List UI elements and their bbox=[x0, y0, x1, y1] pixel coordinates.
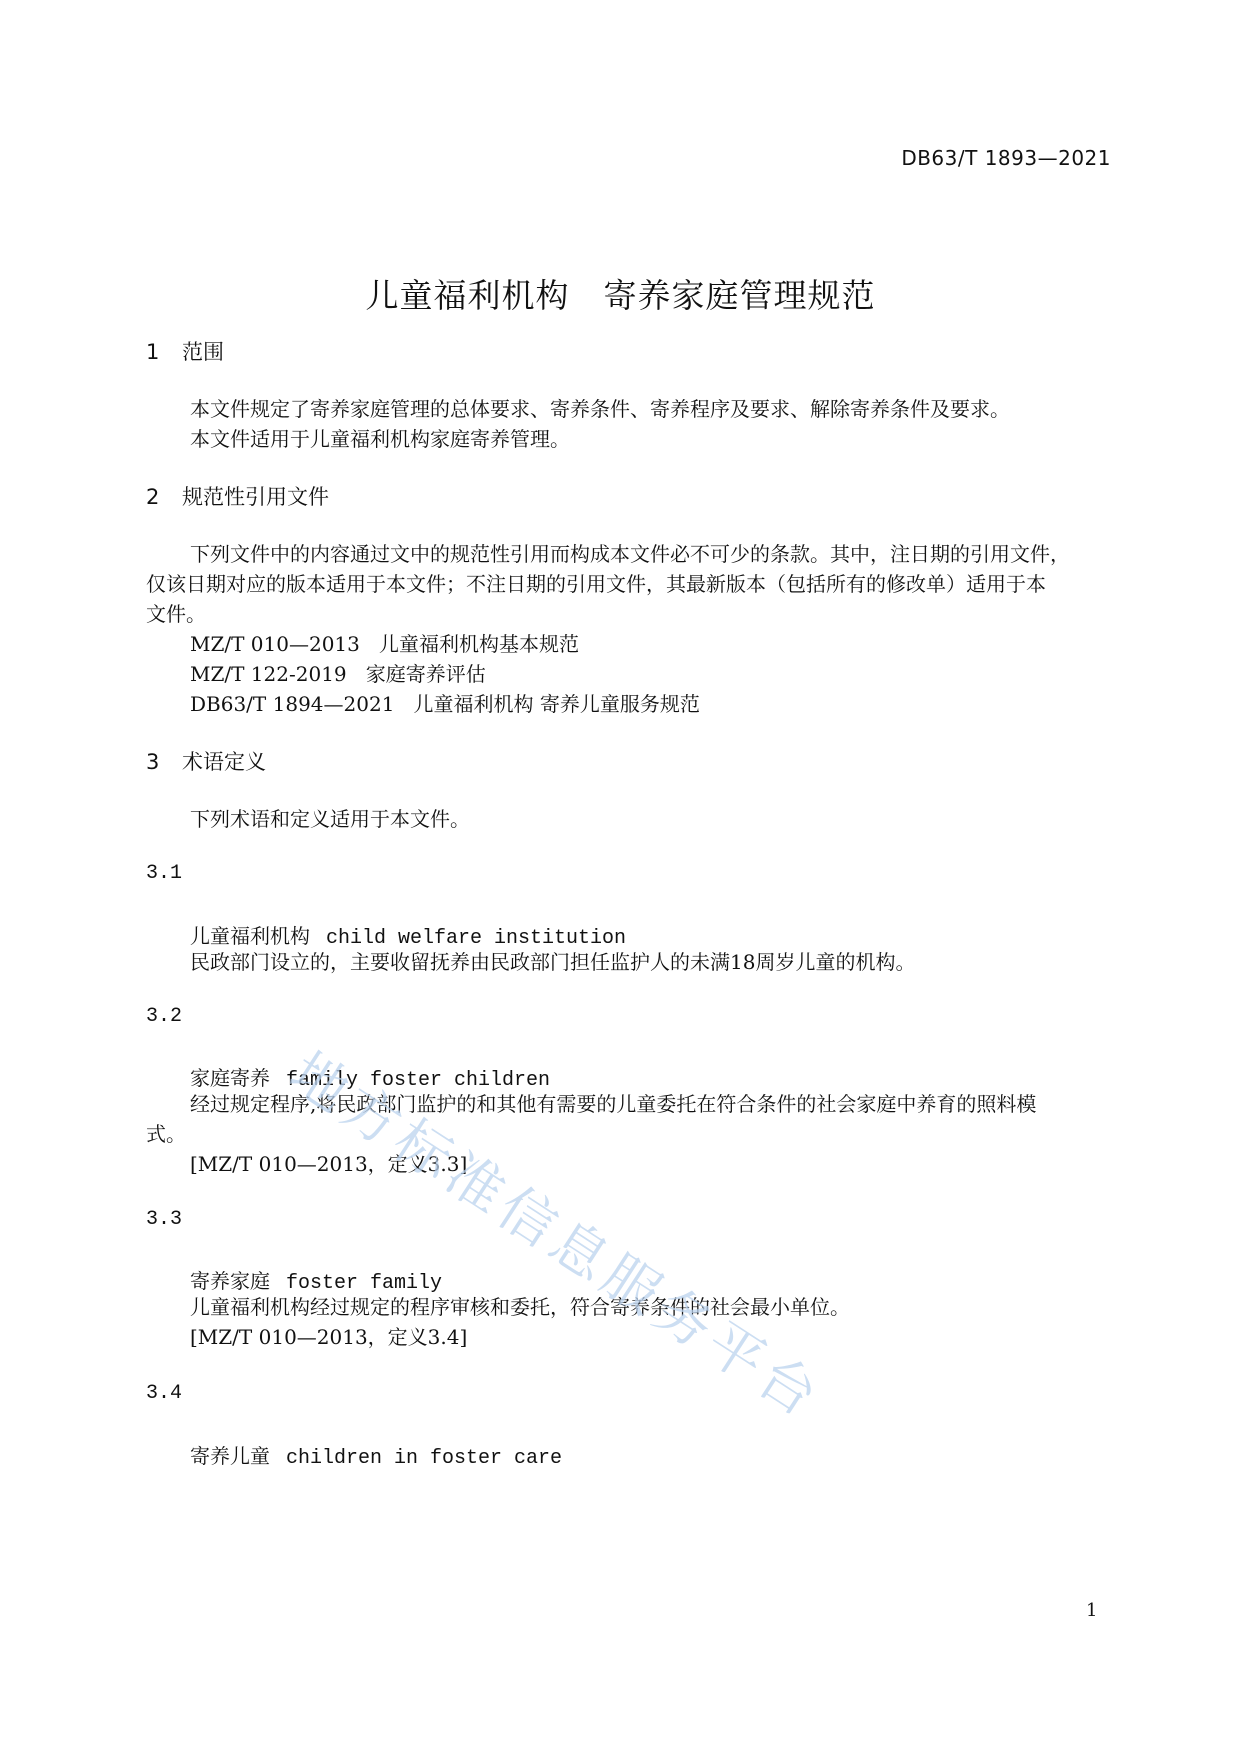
definition: 民政部门设立的，主要收留抚养由民政部门担任监护人的未满18周岁儿童的机构。 bbox=[190, 946, 915, 978]
reference-item: DB63/T 1894—2021 儿童福利机构 寄养儿童服务规范 bbox=[190, 688, 700, 720]
paragraph-line: 文件。 bbox=[146, 598, 206, 630]
term-en: children in foster care bbox=[286, 1447, 562, 1470]
page-number: 1 bbox=[1086, 1600, 1097, 1621]
document-page: DB63/T 1893—2021 儿童福利机构寄养家庭管理规范 1范围 本文件规… bbox=[0, 0, 1241, 1754]
reference-title: 儿童福利机构基本规范 bbox=[379, 632, 579, 656]
definition-source: [MZ/T 010—2013，定义3.3] bbox=[190, 1148, 467, 1180]
clause-number: 3.3 bbox=[146, 1208, 182, 1231]
section-title: 范围 bbox=[182, 340, 224, 364]
section-number: 2 bbox=[146, 485, 182, 509]
title-part-2: 寄养家庭管理规范 bbox=[604, 276, 876, 315]
reference-code: MZ/T 010—2013 bbox=[190, 632, 360, 656]
paragraph: 本文件规定了寄养家庭管理的总体要求、寄养条件、寄养程序及要求、解除寄养条件及要求… bbox=[190, 393, 1010, 425]
reference-item: MZ/T 122-2019 家庭寄养评估 bbox=[190, 658, 486, 690]
reference-code: DB63/T 1894—2021 bbox=[190, 692, 394, 716]
definition-line: 式。 bbox=[146, 1118, 186, 1150]
term-zh: 儿童福利机构 bbox=[190, 924, 310, 948]
paragraph: 下列术语和定义适用于本文件。 bbox=[190, 803, 470, 835]
term-zh: 寄养家庭 bbox=[190, 1269, 270, 1293]
definition: 儿童福利机构经过规定的程序审核和委托，符合寄养条件的社会最小单位。 bbox=[190, 1291, 850, 1323]
section-title: 规范性引用文件 bbox=[182, 485, 329, 509]
section-heading-terms: 3术语定义 bbox=[146, 746, 266, 776]
title-part-1: 儿童福利机构 bbox=[366, 276, 570, 315]
section-heading-normative-references: 2规范性引用文件 bbox=[146, 481, 329, 511]
term-zh: 寄养儿童 bbox=[190, 1444, 270, 1468]
definition-line: 经过规定程序,将民政部门监护的和其他有需要的儿童委托在符合条件的社会家庭中养育的… bbox=[190, 1088, 1036, 1120]
section-number: 3 bbox=[146, 750, 182, 774]
clause-number: 3.2 bbox=[146, 1005, 182, 1028]
paragraph-line: 下列文件中的内容通过文中的规范性引用而构成本文件必不可少的条款。其中，注日期的引… bbox=[190, 538, 1070, 570]
section-heading-scope: 1范围 bbox=[146, 336, 224, 366]
reference-title: 儿童福利机构 寄养儿童服务规范 bbox=[414, 692, 700, 716]
paragraph: 本文件适用于儿童福利机构家庭寄养管理。 bbox=[190, 423, 570, 455]
term-zh: 家庭寄养 bbox=[190, 1066, 270, 1090]
section-number: 1 bbox=[146, 340, 182, 364]
clause-number: 3.4 bbox=[146, 1382, 182, 1405]
reference-item: MZ/T 010—2013 儿童福利机构基本规范 bbox=[190, 628, 579, 660]
paragraph-line: 仅该日期对应的版本适用于本文件；不注日期的引用文件，其最新版本（包括所有的修改单… bbox=[146, 568, 1046, 600]
section-title: 术语定义 bbox=[182, 750, 266, 774]
document-title: 儿童福利机构寄养家庭管理规范 bbox=[0, 270, 1241, 317]
clause-number: 3.1 bbox=[146, 862, 182, 885]
reference-title: 家庭寄养评估 bbox=[366, 662, 486, 686]
standard-code: DB63/T 1893—2021 bbox=[901, 146, 1111, 170]
definition-source: [MZ/T 010—2013，定义3.4] bbox=[190, 1321, 467, 1353]
term-entry: 寄养儿童children in foster care bbox=[190, 1440, 562, 1470]
reference-code: MZ/T 122-2019 bbox=[190, 662, 347, 686]
